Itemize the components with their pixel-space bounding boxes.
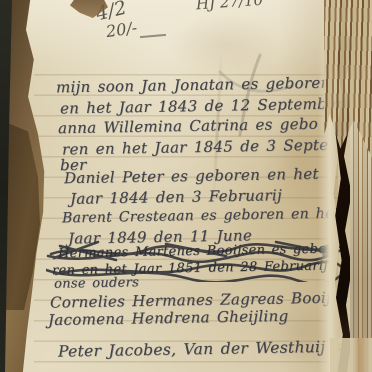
ink-scribble — [46, 240, 348, 282]
manuscript-line: Jaar 1844 den 3 Februarij — [70, 186, 282, 208]
register-photo: mijn soon Jan Jonatan es geboren en het … — [0, 0, 372, 372]
bottom-right-page-edge — [330, 338, 372, 372]
